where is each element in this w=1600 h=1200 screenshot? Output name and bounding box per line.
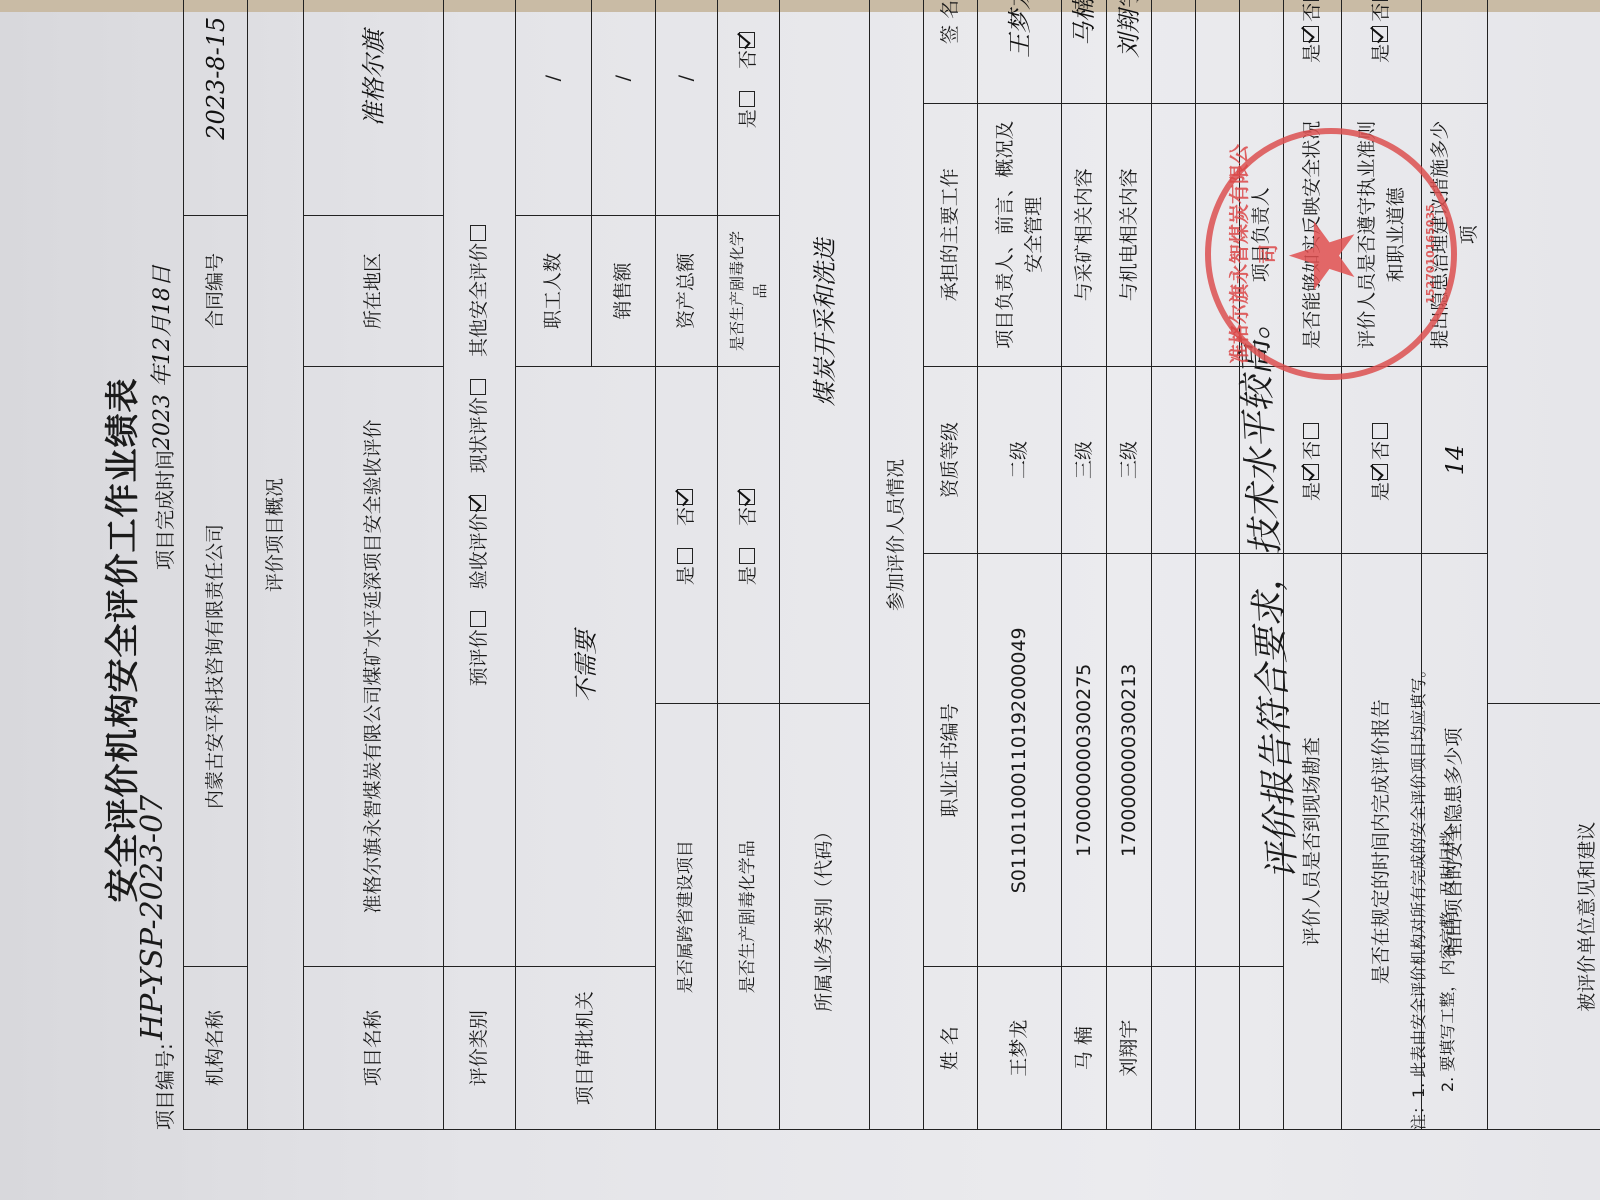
checkbox-site-yes[interactable] <box>1303 464 1319 480</box>
checkbox-ontime-yes[interactable] <box>1372 464 1388 480</box>
toxic-label: 是否生产剧毒化学品 <box>718 704 780 1130</box>
opinion-label: 被评价单位意见和建议 <box>1488 704 1600 1130</box>
yes-label: 是 <box>1370 482 1392 501</box>
form-sheet: 安全评价机构安全评价工作业绩表 项目编号: HP-YSP-2023-07 项目完… <box>95 140 1495 1140</box>
reflect-options: 是否 <box>1284 0 1342 103</box>
no-label: 否 <box>737 50 759 69</box>
approval-value: 不需要 <box>516 366 656 967</box>
checkbox-reflect-no[interactable] <box>1303 0 1319 1</box>
staff-level: 三级 <box>1062 366 1107 554</box>
staff-work: 与机电相关内容 <box>1107 103 1152 366</box>
staff-signature: 王梦龙 <box>978 0 1062 103</box>
staff-col-cert: 职业证书编号 <box>924 554 978 967</box>
checkbox-other-eval[interactable] <box>470 225 486 241</box>
checkbox-toxic-no[interactable] <box>739 489 755 505</box>
no-label: 否 <box>1370 441 1392 460</box>
eval-type-acceptance: 验收评价 <box>468 513 490 589</box>
checkbox-ethics-no[interactable] <box>1372 0 1388 1</box>
checkbox-ontime-no[interactable] <box>1372 423 1388 439</box>
project-name-value: 准格尔旗永智煤炭有限公司煤矿水平延深项目安全验收评价 <box>304 366 444 967</box>
yes-label: 是 <box>737 566 759 585</box>
no-label: 否 <box>737 507 759 526</box>
staff-col-level: 资质等级 <box>924 366 978 554</box>
opinion-cell: （盖章） 2023 年 12 月 19 日 <box>1488 0 1600 704</box>
checkbox-cross-no[interactable] <box>677 489 693 505</box>
eval-type-label: 评价类别 <box>444 967 516 1130</box>
no-label: 否 <box>1370 3 1392 22</box>
checkbox-site-no[interactable] <box>1303 423 1319 439</box>
assets-value: / <box>656 0 718 216</box>
checkbox-ethics-yes[interactable] <box>1372 26 1388 42</box>
contract-no-value: 2023-8-15 <box>184 0 248 216</box>
project-no-value: HP-YSP-2023-07 <box>135 795 170 1040</box>
table-row: 马 楠 1700000000300275 三级 与采矿相关内容 马楠 <box>1062 0 1107 1130</box>
form-notes: 注：1. 此表由安全评价机构对所有完成的安全评价项目均应填写。 2. 要填写工整… <box>1405 30 1463 1130</box>
checkbox-reflect-yes[interactable] <box>1303 26 1319 42</box>
toxic-options-2: 是 否 <box>718 0 780 216</box>
staff-signature: 马楠 <box>1062 0 1107 103</box>
yes-label: 是 <box>675 566 697 585</box>
org-name-value: 内蒙古安平科技咨询有限责任公司 <box>184 366 248 967</box>
star-icon: ★ <box>1279 215 1369 296</box>
staff-work: 项目负责人、前言、概况及安全管理 <box>978 103 1062 366</box>
staff-cert: S011011000110192000049 <box>978 554 1062 967</box>
project-no-label: 项目编号: <box>149 1043 178 1130</box>
staff-name: 王梦龙 <box>978 967 1062 1130</box>
completion-time-value: 2023 年12月18日 <box>145 265 176 450</box>
business-type-label: 所属业务类别（代码） <box>780 704 870 1130</box>
staff-cert: 1700000000300213 <box>1107 554 1152 967</box>
toxic-options: 是 否 <box>718 366 780 704</box>
checkbox-acceptance-eval[interactable] <box>470 495 486 511</box>
cross-province-label: 是否属跨省建设项目 <box>656 704 718 1130</box>
eval-type-other: 其他安全评价 <box>468 243 490 357</box>
staff-cert: 1700000000300275 <box>1062 554 1107 967</box>
employees-value: / <box>516 0 592 216</box>
org-name-label: 机构名称 <box>184 967 248 1130</box>
table-row: 刘翔宇 1700000000300213 三级 与机电相关内容 刘翔宇 <box>1107 0 1152 1130</box>
staff-col-name: 姓 名 <box>924 967 978 1130</box>
yes-label: 是 <box>1301 482 1323 501</box>
table-row: 王梦龙 S011011000110192000049 二级 项目负责人、前言、概… <box>978 0 1062 1130</box>
eval-type-options: 预评价 验收评价 现状评价 其他安全评价 <box>444 0 516 967</box>
staff-level: 三级 <box>1107 366 1152 554</box>
staff-name: 马 楠 <box>1062 967 1107 1130</box>
yes-label: 是 <box>1370 44 1392 63</box>
staff-header: 参加评价人员情况 <box>870 0 924 1130</box>
staff-work: 与采矿相关内容 <box>1062 103 1107 366</box>
staff-name: 刘翔宇 <box>1107 967 1152 1130</box>
note-2: 2. 要填写工整，内容完整，及时归档。 <box>1434 30 1463 1130</box>
checkbox-toxic2-no[interactable] <box>739 32 755 48</box>
checkbox-toxic-yes[interactable] <box>739 548 755 564</box>
no-label: 否 <box>675 507 697 526</box>
checkbox-cross-yes[interactable] <box>677 548 693 564</box>
yes-label: 是 <box>737 109 759 128</box>
staff-col-work: 承担的主要工作 <box>924 103 978 366</box>
employees-label: 职工人数 <box>516 216 592 366</box>
overview-header: 评价项目概况 <box>248 0 304 1130</box>
assets-label: 资产总额 <box>656 216 718 366</box>
checkbox-pre-eval[interactable] <box>470 611 486 627</box>
checkbox-toxic2-yes[interactable] <box>739 91 755 107</box>
region-value: 准格尔旗 <box>304 0 444 216</box>
no-label: 否 <box>1301 441 1323 460</box>
form-subheader: 项目编号: HP-YSP-2023-07 项目完成时间 2023 年12月18日 <box>145 140 181 1140</box>
business-type-value: 煤炭开采和洗选 <box>780 0 870 704</box>
region-label: 所在地区 <box>304 216 444 366</box>
staff-col-sign: 签 名 <box>924 0 978 103</box>
staff-level: 二级 <box>978 366 1062 554</box>
checkbox-status-eval[interactable] <box>470 379 486 395</box>
contract-no-label: 合同编号 <box>184 216 248 366</box>
sales-label: 销售额 <box>592 216 656 366</box>
toxic-label-2: 是否生产剧毒化学品 <box>718 216 780 366</box>
cross-province-options: 是 否 <box>656 366 718 704</box>
project-name-label: 项目名称 <box>304 967 444 1130</box>
completion-time-label: 项目完成时间 <box>149 450 178 570</box>
note-1: 注：1. 此表由安全评价机构对所有完成的安全评价项目均应填写。 <box>1405 30 1434 1130</box>
sales-value: / <box>592 0 656 216</box>
site-visit-options: 是否 <box>1284 366 1342 554</box>
no-label: 否 <box>1301 3 1323 22</box>
eval-type-status: 现状评价 <box>468 397 490 473</box>
yes-label: 是 <box>1301 44 1323 63</box>
eval-type-pre: 预评价 <box>468 629 490 686</box>
staff-signature: 刘翔宇 <box>1107 0 1152 103</box>
approval-label: 项目审批机关 <box>516 967 656 1130</box>
